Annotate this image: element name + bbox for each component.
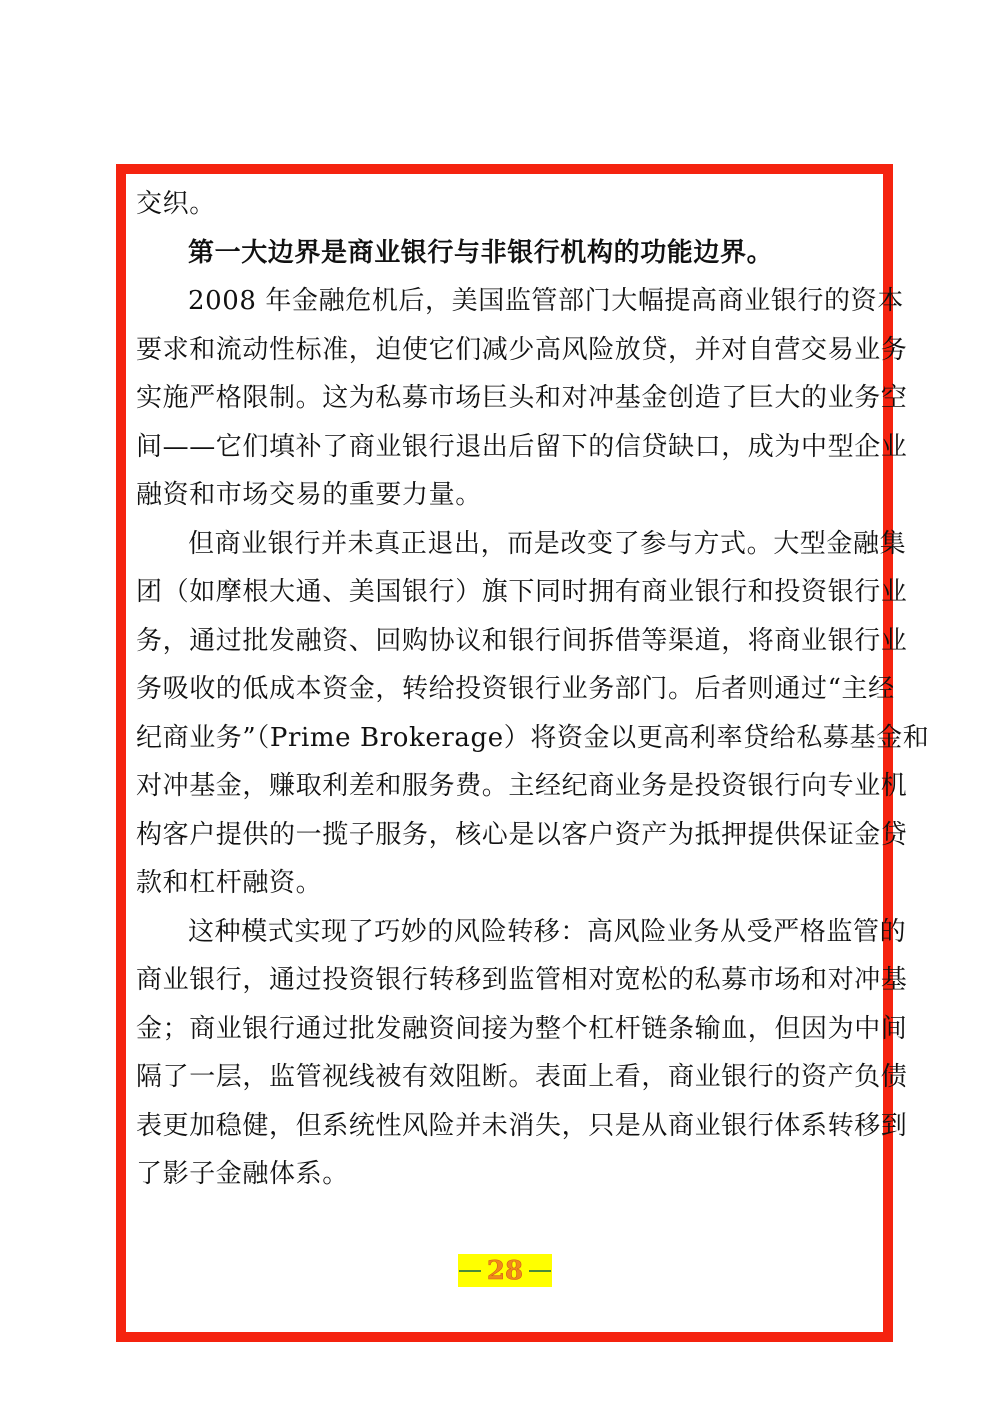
paragraph-line: 隔了一层，监管视线被有效阻断。表面上看，商业银行的资产负债 (136, 1053, 868, 1102)
paragraph-line: 间——它们填补了商业银行退出后留下的信贷缺口，成为中型企业 (136, 423, 868, 472)
paragraph-line: 务，通过批发融资、回购协议和银行间拆借等渠道，将商业银行业 (136, 617, 868, 666)
paragraph-line: 交织。 (136, 180, 868, 229)
page-number-badge: 28 (458, 1254, 552, 1287)
paragraph-line: 务吸收的低成本资金，转给投资银行业务部门。后者则通过“主经 (136, 665, 868, 714)
paragraph-line: 团（如摩根大通、美国银行）旗下同时拥有商业银行和投资银行业 (136, 568, 868, 617)
paragraph-line: 纪商业务”（Prime Brokerage）将资金以更高利率贷给私募基金和 (136, 714, 868, 763)
dash-right (529, 1270, 551, 1272)
paragraph-line: 款和杠杆融资。 (136, 859, 868, 908)
paragraph-line: 构客户提供的一揽子服务，核心是以客户资产为抵押提供保证金贷 (136, 811, 868, 860)
dash-left (459, 1270, 481, 1272)
paragraph-line: 金；商业银行通过批发融资间接为整个杠杆链条输血，但因为中间 (136, 1005, 868, 1054)
paragraph-line: 实施严格限制。这为私募市场巨头和对冲基金创造了巨大的业务空 (136, 374, 868, 423)
paragraph-line: 2008 年金融危机后，美国监管部门大幅提高商业银行的资本 (136, 277, 868, 326)
paragraph-line: 表更加稳健，但系统性风险并未消失，只是从商业银行体系转移到 (136, 1102, 868, 1151)
paragraph-line: 这种模式实现了巧妙的风险转移：高风险业务从受严格监管的 (136, 908, 868, 957)
page-number: 28 (487, 1258, 523, 1284)
paragraph-line: 了影子金融体系。 (136, 1150, 868, 1199)
paragraph-line: 要求和流动性标准，迫使它们减少高风险放贷，并对自营交易业务 (136, 326, 868, 375)
paragraph-line: 融资和市场交易的重要力量。 (136, 471, 868, 520)
section-heading: 第一大边界是商业银行与非银行机构的功能边界。 (136, 229, 868, 278)
paragraph-line: 对冲基金，赚取利差和服务费。主经纪商业务是投资银行向专业机 (136, 762, 868, 811)
paragraph-line: 但商业银行并未真正退出，而是改变了参与方式。大型金融集 (136, 520, 868, 569)
document-body: 交织。 第一大边界是商业银行与非银行机构的功能边界。 2008 年金融危机后，美… (136, 180, 868, 1199)
paragraph-line: 商业银行，通过投资银行转移到监管相对宽松的私募市场和对冲基 (136, 956, 868, 1005)
